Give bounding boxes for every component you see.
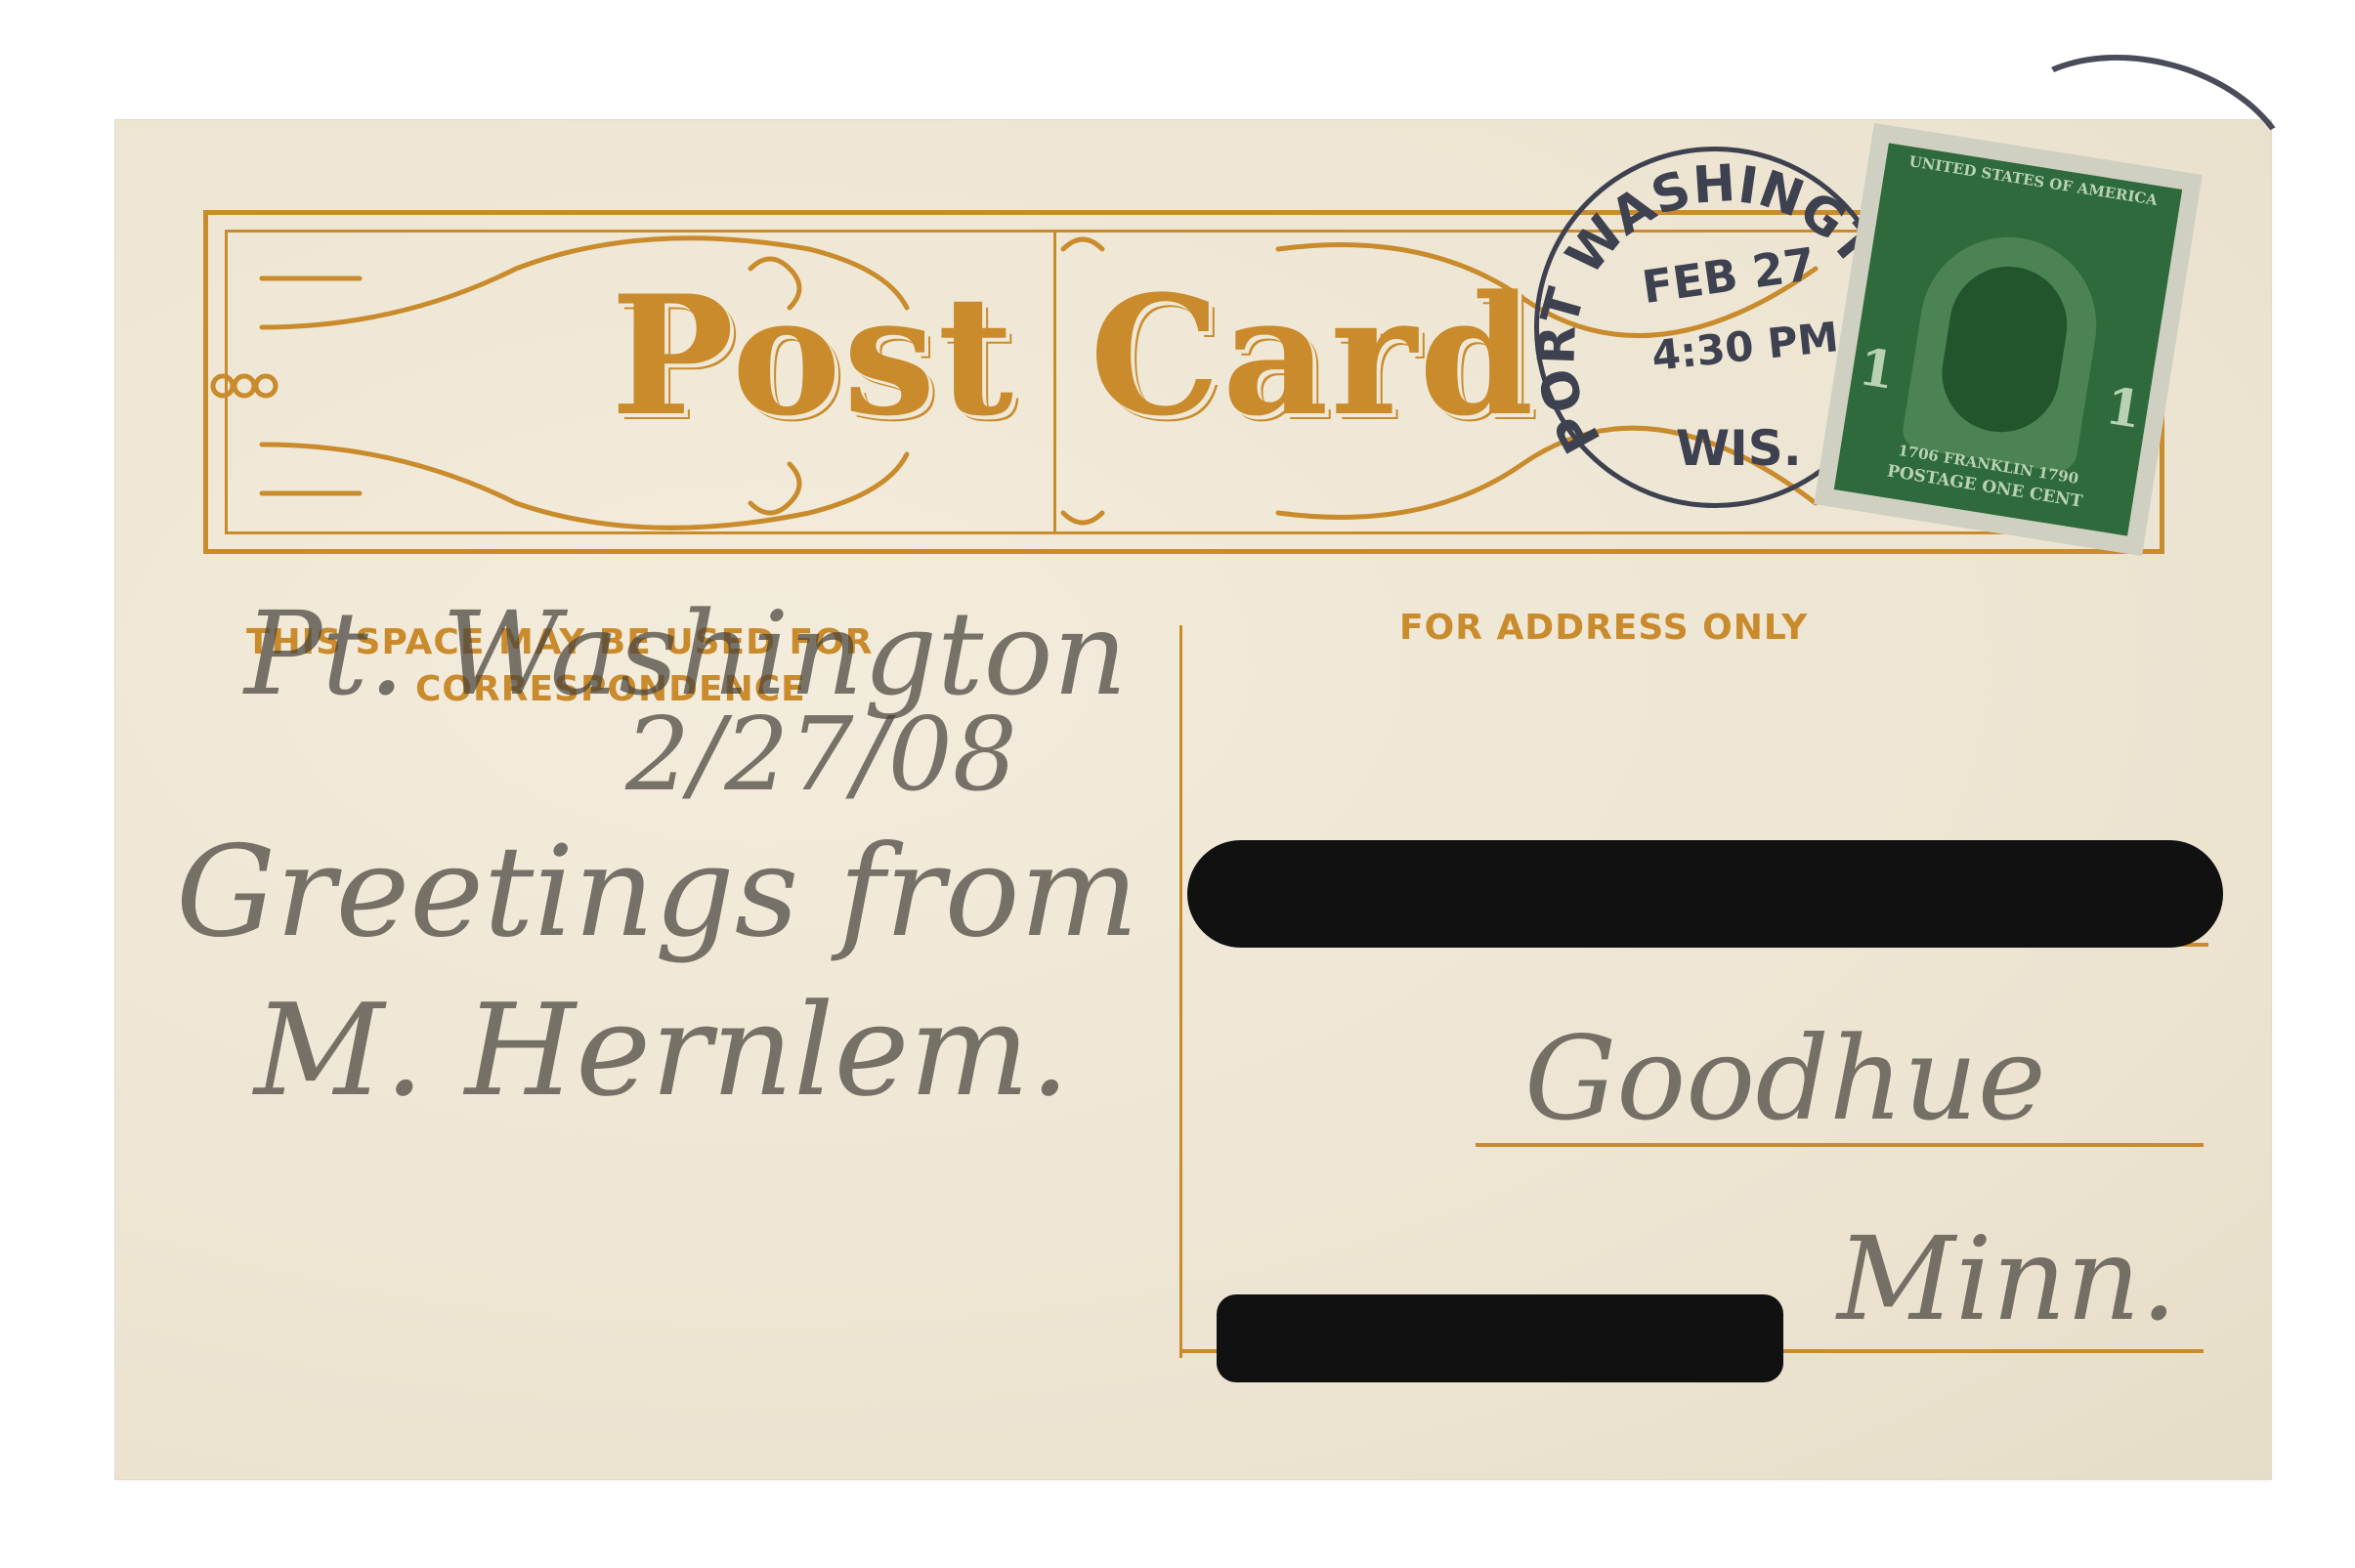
address-city: Goodhue: [1524, 1021, 2046, 1136]
card-divider: [1179, 625, 1182, 1358]
title-post: Post: [611, 274, 1015, 438]
redaction-name: [1187, 840, 2223, 948]
address-label: FOR ADDRESS ONLY: [1399, 611, 1808, 646]
address-state: Minn.: [1837, 1221, 2177, 1336]
redaction-street: [1217, 1294, 1783, 1382]
handwritten-date: 2/27/08: [625, 703, 1017, 805]
stamp-value-right: 1: [2102, 376, 2146, 441]
postage-stamp: UNITED STATES OF AMERICA 1706 FRANKLIN 1…: [1814, 123, 2203, 556]
title-card: Card: [1090, 274, 1536, 438]
handwritten-greeting: Greetings from: [176, 830, 1138, 955]
postmark-state: WIS.: [1676, 420, 1802, 477]
stamp-value-left: 1: [1855, 337, 1899, 402]
handwritten-signature: M. Hernlem.: [254, 987, 1070, 1114]
